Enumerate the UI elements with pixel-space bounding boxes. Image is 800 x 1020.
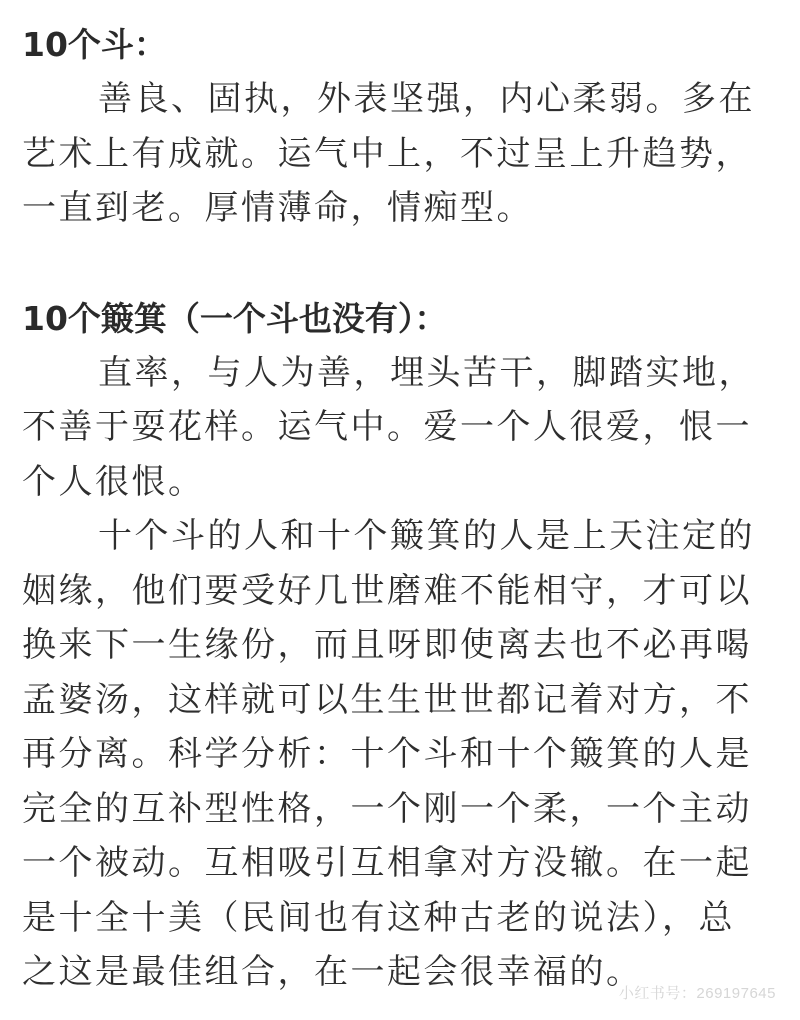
text-line: 一个被动。互相吸引互相拿对方没辙。在一起 bbox=[22, 836, 782, 891]
paragraph-dou-description: 善良、固执，外表坚强，内心柔弱。多在 艺术上有成就。运气中上，不过呈上升趋势， … bbox=[22, 72, 782, 236]
text-line: 孟婆汤，这样就可以生生世世都记着对方，不 bbox=[22, 673, 782, 728]
paragraph-boji-description: 直率，与人为善，埋头苦干，脚踏实地， 不善于耍花样。运气中。爱一个人很爱，恨一 … bbox=[22, 346, 782, 510]
document-body: 10个斗： 善良、固执，外表坚强，内心柔弱。多在 艺术上有成就。运气中上，不过呈… bbox=[22, 18, 782, 1000]
text-line: 十个斗的人和十个簸箕的人是上天注定的 bbox=[22, 509, 782, 564]
text-line: 善良、固执，外表坚强，内心柔弱。多在 bbox=[22, 72, 782, 127]
text-line: 换来下一生缘份，而且呀即使离去也不必再喝 bbox=[22, 618, 782, 673]
text-line: 再分离。科学分析：十个斗和十个簸箕的人是 bbox=[22, 727, 782, 782]
paragraph-compatibility: 十个斗的人和十个簸箕的人是上天注定的 姻缘，他们要受好几世磨难不能相守，才可以 … bbox=[22, 509, 782, 1000]
text-line: 艺术上有成就。运气中上，不过呈上升趋势， bbox=[22, 127, 782, 182]
section-heading-dou: 10个斗： bbox=[22, 18, 782, 72]
text-line: 完全的互补型性格，一个刚一个柔，一个主动 bbox=[22, 782, 782, 837]
watermark: 小红书号：269197645 bbox=[619, 982, 776, 1003]
text-line: 一直到老。厚情薄命，情痴型。 bbox=[22, 181, 782, 236]
text-line: 个人很恨。 bbox=[22, 455, 782, 510]
section-heading-boji: 10个簸箕（一个斗也没有）： bbox=[22, 292, 782, 346]
text-line: 直率，与人为善，埋头苦干，脚踏实地， bbox=[22, 346, 782, 401]
section-spacer bbox=[22, 236, 782, 292]
text-line: 是十全十美（民间也有这种古老的说法），总 bbox=[22, 891, 782, 946]
text-line: 姻缘，他们要受好几世磨难不能相守，才可以 bbox=[22, 564, 782, 619]
text-line: 不善于耍花样。运气中。爱一个人很爱，恨一 bbox=[22, 400, 782, 455]
